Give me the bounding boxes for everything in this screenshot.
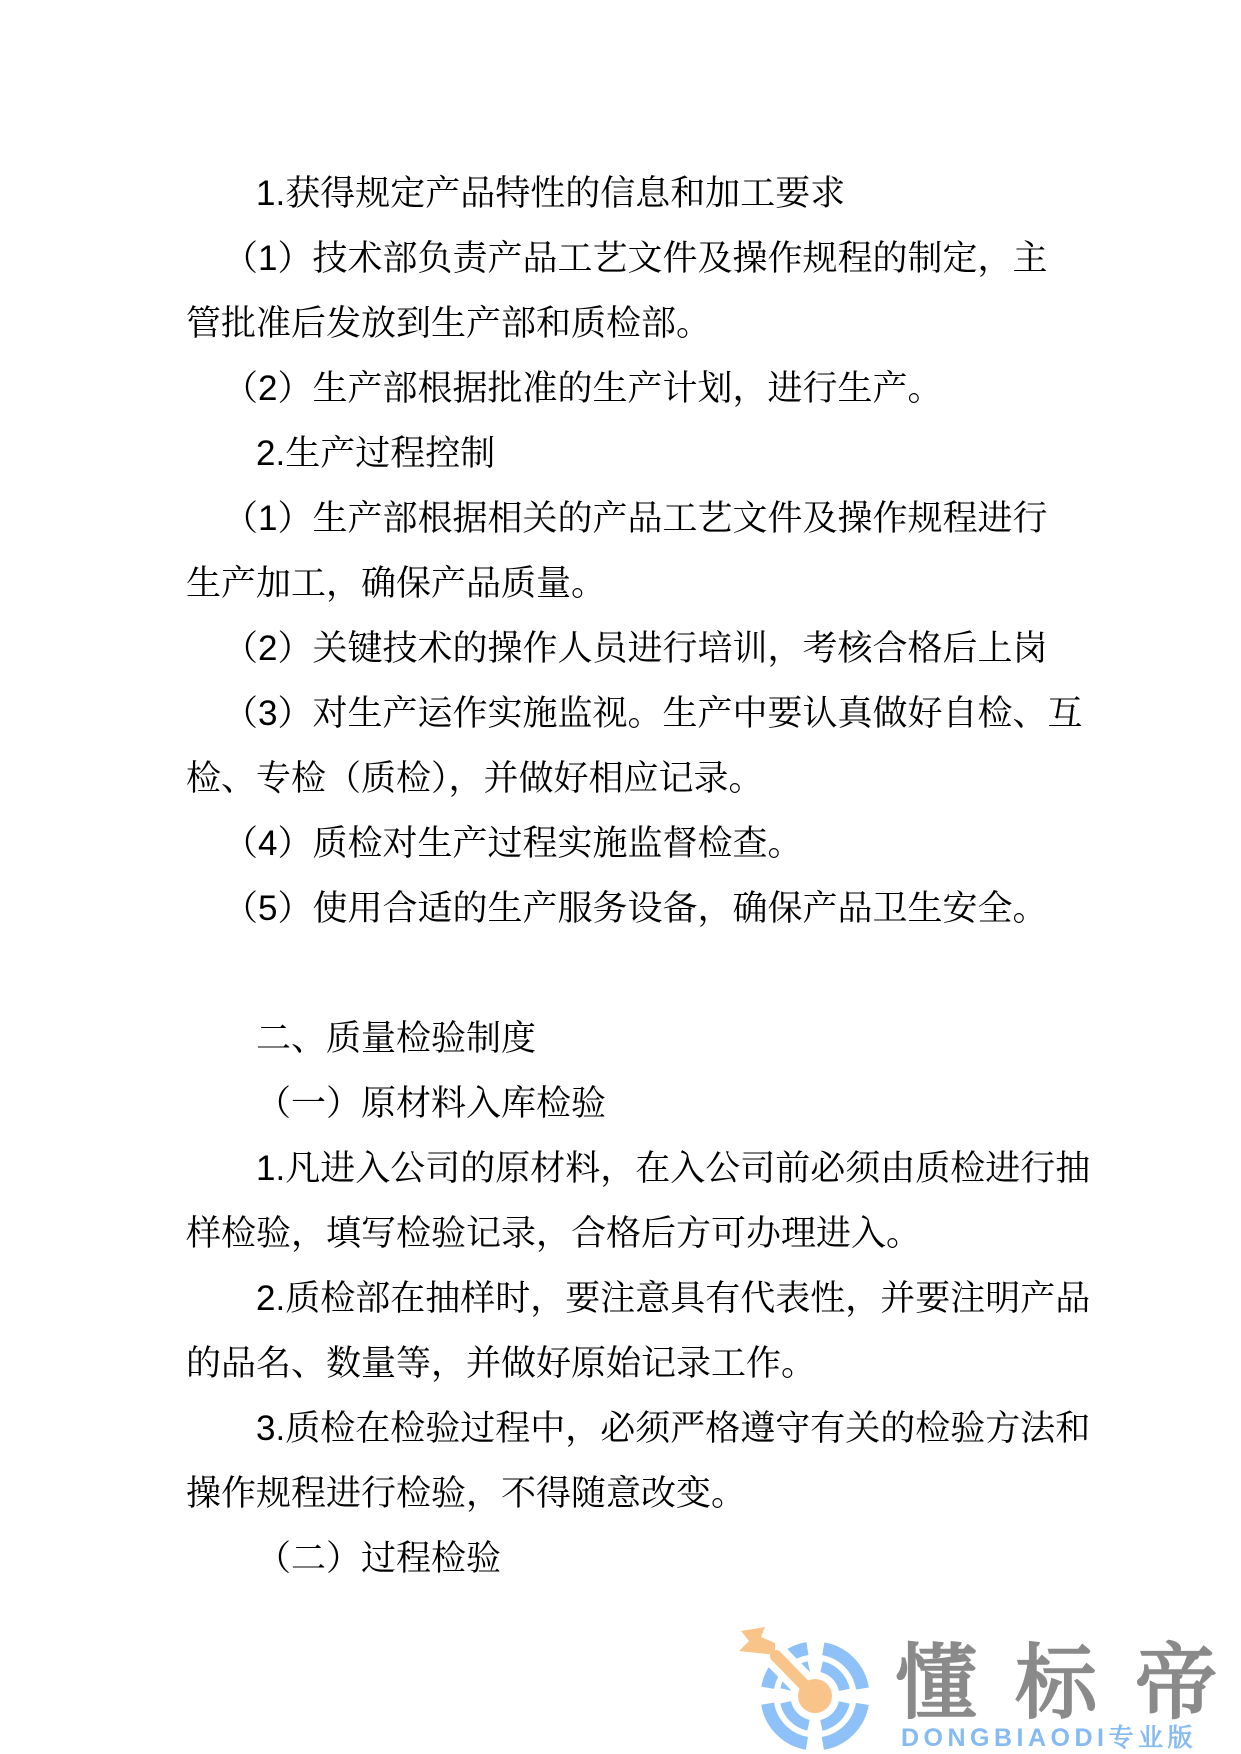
document-page: 1.获得规定产品特性的信息和加工要求（1）技术部负责产品工艺文件及操作规程的制定… (0, 0, 1241, 1754)
text-line: 3.质检在检验过程中，必须严格遵守有关的检验方法和 (186, 1396, 1066, 1461)
text-line: （一）原材料入库检验 (186, 1071, 1066, 1136)
text-line: 样检验，填写检验记录，合格后方可办理进入。 (186, 1201, 1066, 1266)
text-line: 1.凡进入公司的原材料，在入公司前必须由质检进行抽 (186, 1136, 1066, 1201)
text-line: 的品名、数量等，并做好原始记录工作。 (186, 1331, 1066, 1396)
text-line: 检、专检（质检），并做好相应记录。 (186, 746, 1066, 811)
text-line: （2）关键技术的操作人员进行培训，考核合格后上岗 (186, 616, 1066, 681)
text-line: （5）使用合适的生产服务设备，确保产品卫生安全。 (186, 876, 1066, 941)
document-text: 1.获得规定产品特性的信息和加工要求（1）技术部负责产品工艺文件及操作规程的制定… (186, 161, 1066, 1591)
text-line: （1）技术部负责产品工艺文件及操作规程的制定，主 (186, 226, 1066, 291)
text-line: 1.获得规定产品特性的信息和加工要求 (186, 161, 1066, 226)
logo-title: 懂标帝 (895, 1643, 1241, 1725)
text-line: 二、质量检验制度 (186, 1006, 1066, 1071)
text-line: 生产加工，确保产品质量。 (186, 551, 1066, 616)
text-line: （4）质检对生产过程实施监督检查。 (186, 811, 1066, 876)
text-line: 2.质检部在抽样时，要注意具有代表性，并要注明产品 (186, 1266, 1066, 1331)
text-line: 管批准后发放到生产部和质检部。 (186, 291, 1066, 356)
text-line: （2）生产部根据批准的生产计划，进行生产。 (186, 356, 1066, 421)
text-line: （3）对生产运作实施监视。生产中要认真做好自检、互 (186, 681, 1066, 746)
logo-subtitle: DONGBIAODI专业版 (901, 1725, 1197, 1751)
text-line: （1）生产部根据相关的产品工艺文件及操作规程进行 (186, 486, 1066, 551)
text-line: （二）过程检验 (186, 1526, 1066, 1591)
text-line: 操作规程进行检验，不得随意改变。 (186, 1461, 1066, 1526)
target-dart-icon (735, 1625, 885, 1754)
text-line (186, 941, 1066, 1006)
text-line: 2.生产过程控制 (186, 421, 1066, 486)
watermark-logo: 懂标帝 DONGBIAODI专业版 (735, 1625, 1241, 1754)
